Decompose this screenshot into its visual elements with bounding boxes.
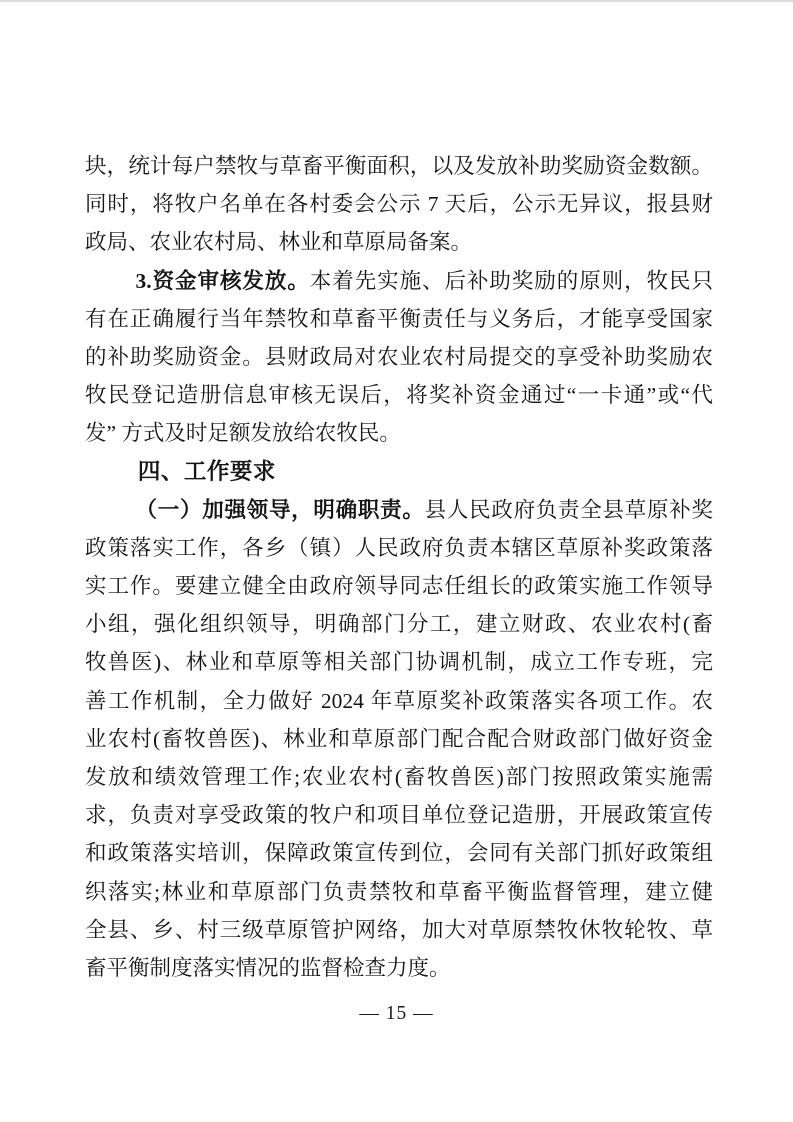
scan-artifact-top-edge (0, 0, 793, 2)
bold-text-run: 四、工作要求 (138, 459, 276, 484)
document-line: 全县、乡、村三级草原管护网络，加大对草原禁牧休牧轮牧、草 (85, 911, 713, 949)
document-line: 发” 方式及时足额发放给农牧民。 (85, 414, 713, 452)
document-line: （一）加强领导，明确职责。县人民政府负责全县草原补奖 (85, 491, 713, 529)
document-line: 业农村(畜牧兽医)、林业和草原部门配合配合财政部门做好资金 (85, 720, 713, 758)
bold-text-run: （一）加强领导，明确职责。 (136, 498, 425, 522)
text-run: 牧兽医)、林业和草原等相关部门协调机制，成立工作专班，完 (85, 650, 713, 674)
document-line: 善工作机制，全力做好 2024 年草原奖补政策落实各项工作。农 (85, 682, 713, 720)
text-run: 的补助奖励资金。县财政局对农业农村局提交的享受补助奖励农 (85, 345, 713, 369)
document-line: 畜平衡制度落实情况的监督检查力度。 (85, 949, 713, 987)
page-number: — 15 — (0, 995, 793, 1033)
document-line: 织落实;林业和草原部门负责禁牧和草畜平衡监督管理，建立健 (85, 873, 713, 911)
document-line: 实工作。要建立健全由政府领导同志任组长的政策实施工作领导 (85, 567, 713, 605)
document-line: 同时，将牧户名单在各村委会公示 7 天后，公示无异议，报县财 (85, 185, 713, 223)
text-run: 全县、乡、村三级草原管护网络，加大对草原禁牧休牧轮牧、草 (85, 918, 713, 942)
document-line: 发放和绩效管理工作;农业农村(畜牧兽医)部门按照政策实施需 (85, 758, 713, 796)
document-body: 块，统计每户禁牧与草畜平衡面积，以及发放补助奖励资金数额。同时，将牧户名单在各村… (85, 147, 713, 987)
document-line: 有在正确履行当年禁牧和草畜平衡责任与义务后，才能享受国家 (85, 300, 713, 338)
text-run: 发” 方式及时足额发放给农牧民。 (85, 421, 401, 445)
document-line: 牧兽医)、林业和草原等相关部门协调机制，成立工作专班，完 (85, 643, 713, 681)
document-line: 3.资金审核发放。本着先实施、后补助奖励的原则，牧民只 (85, 262, 713, 300)
text-run: 业农村(畜牧兽医)、林业和草原部门配合配合财政部门做好资金 (85, 727, 713, 751)
text-run: 同时，将牧户名单在各村委会公示 7 天后，公示无异议，报县财 (85, 192, 713, 216)
text-run: 发放和绩效管理工作;农业农村(畜牧兽医)部门按照政策实施需 (85, 765, 713, 789)
bold-text-run: 3.资金审核发放。 (136, 269, 310, 293)
text-run: 和政策落实培训，保障政策宣传到位，会同有关部门抓好政策组 (85, 841, 713, 865)
text-run: 织落实;林业和草原部门负责禁牧和草畜平衡监督管理，建立健 (85, 880, 713, 904)
text-run: 实工作。要建立健全由政府领导同志任组长的政策实施工作领导 (85, 574, 713, 598)
text-run: 小组，强化组织领导，明确部门分工，建立财政、农业农村(畜 (85, 612, 713, 636)
text-run: 政策落实工作，各乡（镇）人民政府负责本辖区草原补奖政策落 (85, 536, 713, 560)
text-run: 块，统计每户禁牧与草畜平衡面积，以及发放补助奖励资金数额。 (85, 154, 713, 178)
text-run: 畜平衡制度落实情况的监督检查力度。 (85, 956, 451, 980)
text-run: 县人民政府负责全县草原补奖 (425, 498, 713, 522)
text-run: 本着先实施、后补助奖励的原则，牧民只 (310, 269, 713, 293)
document-line: 块，统计每户禁牧与草畜平衡面积，以及发放补助奖励资金数额。 (85, 147, 713, 185)
document-line: 小组，强化组织领导，明确部门分工，建立财政、农业农村(畜 (85, 605, 713, 643)
document-line: 求，负责对享受政策的牧户和项目单位登记造册，开展政策宣传 (85, 796, 713, 834)
document-line: 牧民登记造册信息审核无误后，将奖补资金通过“一卡通”或“代 (85, 376, 713, 414)
text-run: 有在正确履行当年禁牧和草畜平衡责任与义务后，才能享受国家 (85, 307, 713, 331)
section-heading: 四、工作要求 (85, 453, 713, 491)
text-run: 善工作机制，全力做好 2024 年草原奖补政策落实各项工作。农 (85, 689, 713, 713)
document-line: 政策落实工作，各乡（镇）人民政府负责本辖区草原补奖政策落 (85, 529, 713, 567)
document-line: 政局、农业农村局、林业和草原局备案。 (85, 223, 713, 261)
document-line: 和政策落实培训，保障政策宣传到位，会同有关部门抓好政策组 (85, 834, 713, 872)
document-line: 的补助奖励资金。县财政局对农业农村局提交的享受补助奖励农 (85, 338, 713, 376)
text-run: 牧民登记造册信息审核无误后，将奖补资金通过“一卡通”或“代 (85, 383, 713, 407)
text-run: 政局、农业农村局、林业和草原局备案。 (85, 230, 472, 254)
document-page: 块，统计每户禁牧与草畜平衡面积，以及发放补助奖励资金数额。同时，将牧户名单在各村… (0, 0, 793, 1122)
text-run: 求，负责对享受政策的牧户和项目单位登记造册，开展政策宣传 (85, 803, 713, 827)
